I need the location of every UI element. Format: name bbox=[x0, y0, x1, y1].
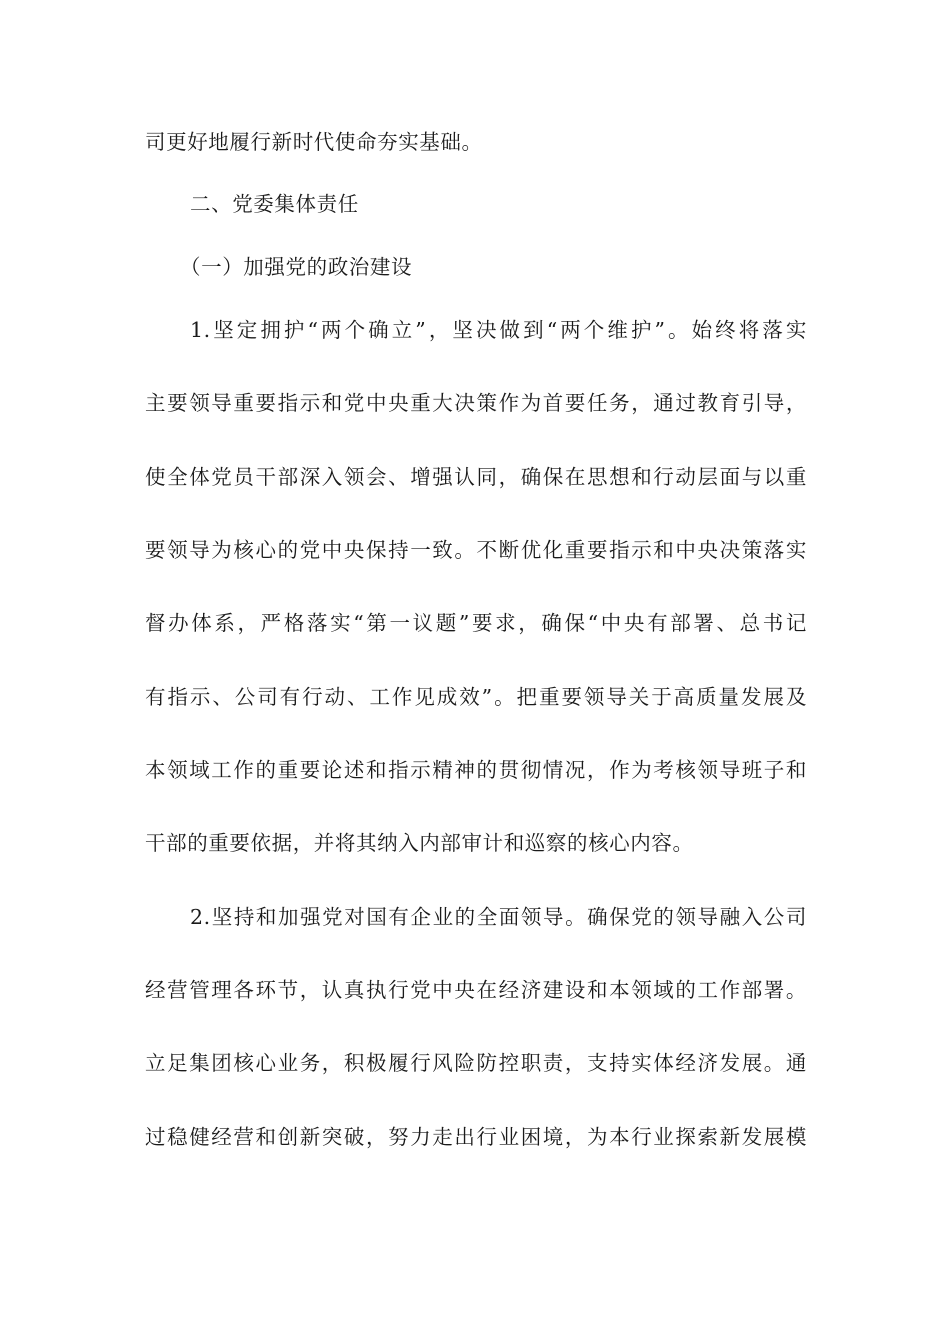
paragraph-line: 2.坚持和加强党对国有企业的全面领导。确保党的领导融入公司 bbox=[190, 903, 807, 931]
paragraph-line: 督办体系，严格落实“第一议题”要求，确保“中央有部署、总书记 bbox=[145, 609, 807, 637]
document-page: 司更好地履行新时代使命夯实基础。 二、党委集体责任 （一）加强党的政治建设 1.… bbox=[0, 0, 950, 1344]
paragraph-line: 使全体党员干部深入领会、增强认同，确保在思想和行动层面与以重 bbox=[145, 463, 807, 491]
paragraph-line: 要领导为核心的党中央保持一致。不断优化重要指示和中央决策落实 bbox=[145, 536, 807, 564]
paragraph-line: 有指示、公司有行动、工作见成效”。把重要领导关于高质量发展及 bbox=[145, 683, 807, 711]
paragraph-line: 立足集团核心业务，积极履行风险防控职责，支持实体经济发展。通 bbox=[145, 1049, 807, 1077]
paragraph-line: 本领域工作的重要论述和指示精神的贯彻情况，作为考核领导班子和 bbox=[145, 756, 807, 784]
paragraph-line: 经营管理各环节，认真执行党中央在经济建设和本领域的工作部署。 bbox=[145, 976, 807, 1004]
subsection-heading: （一）加强党的政治建设 bbox=[180, 253, 807, 281]
paragraph-line: 过稳健经营和创新突破，努力走出行业困境，为本行业探索新发展模 bbox=[145, 1123, 807, 1151]
paragraph-line: 干部的重要依据，并将其纳入内部审计和巡察的核心内容。 bbox=[145, 829, 807, 857]
paragraph-line: 司更好地履行新时代使命夯实基础。 bbox=[145, 128, 807, 156]
paragraph-line: 主要领导重要指示和党中央重大决策作为首要任务，通过教育引导， bbox=[145, 389, 807, 417]
section-heading: 二、党委集体责任 bbox=[190, 190, 807, 218]
paragraph-line: 1.坚定拥护“两个确立”，坚决做到“两个维护”。始终将落实 bbox=[190, 316, 807, 344]
